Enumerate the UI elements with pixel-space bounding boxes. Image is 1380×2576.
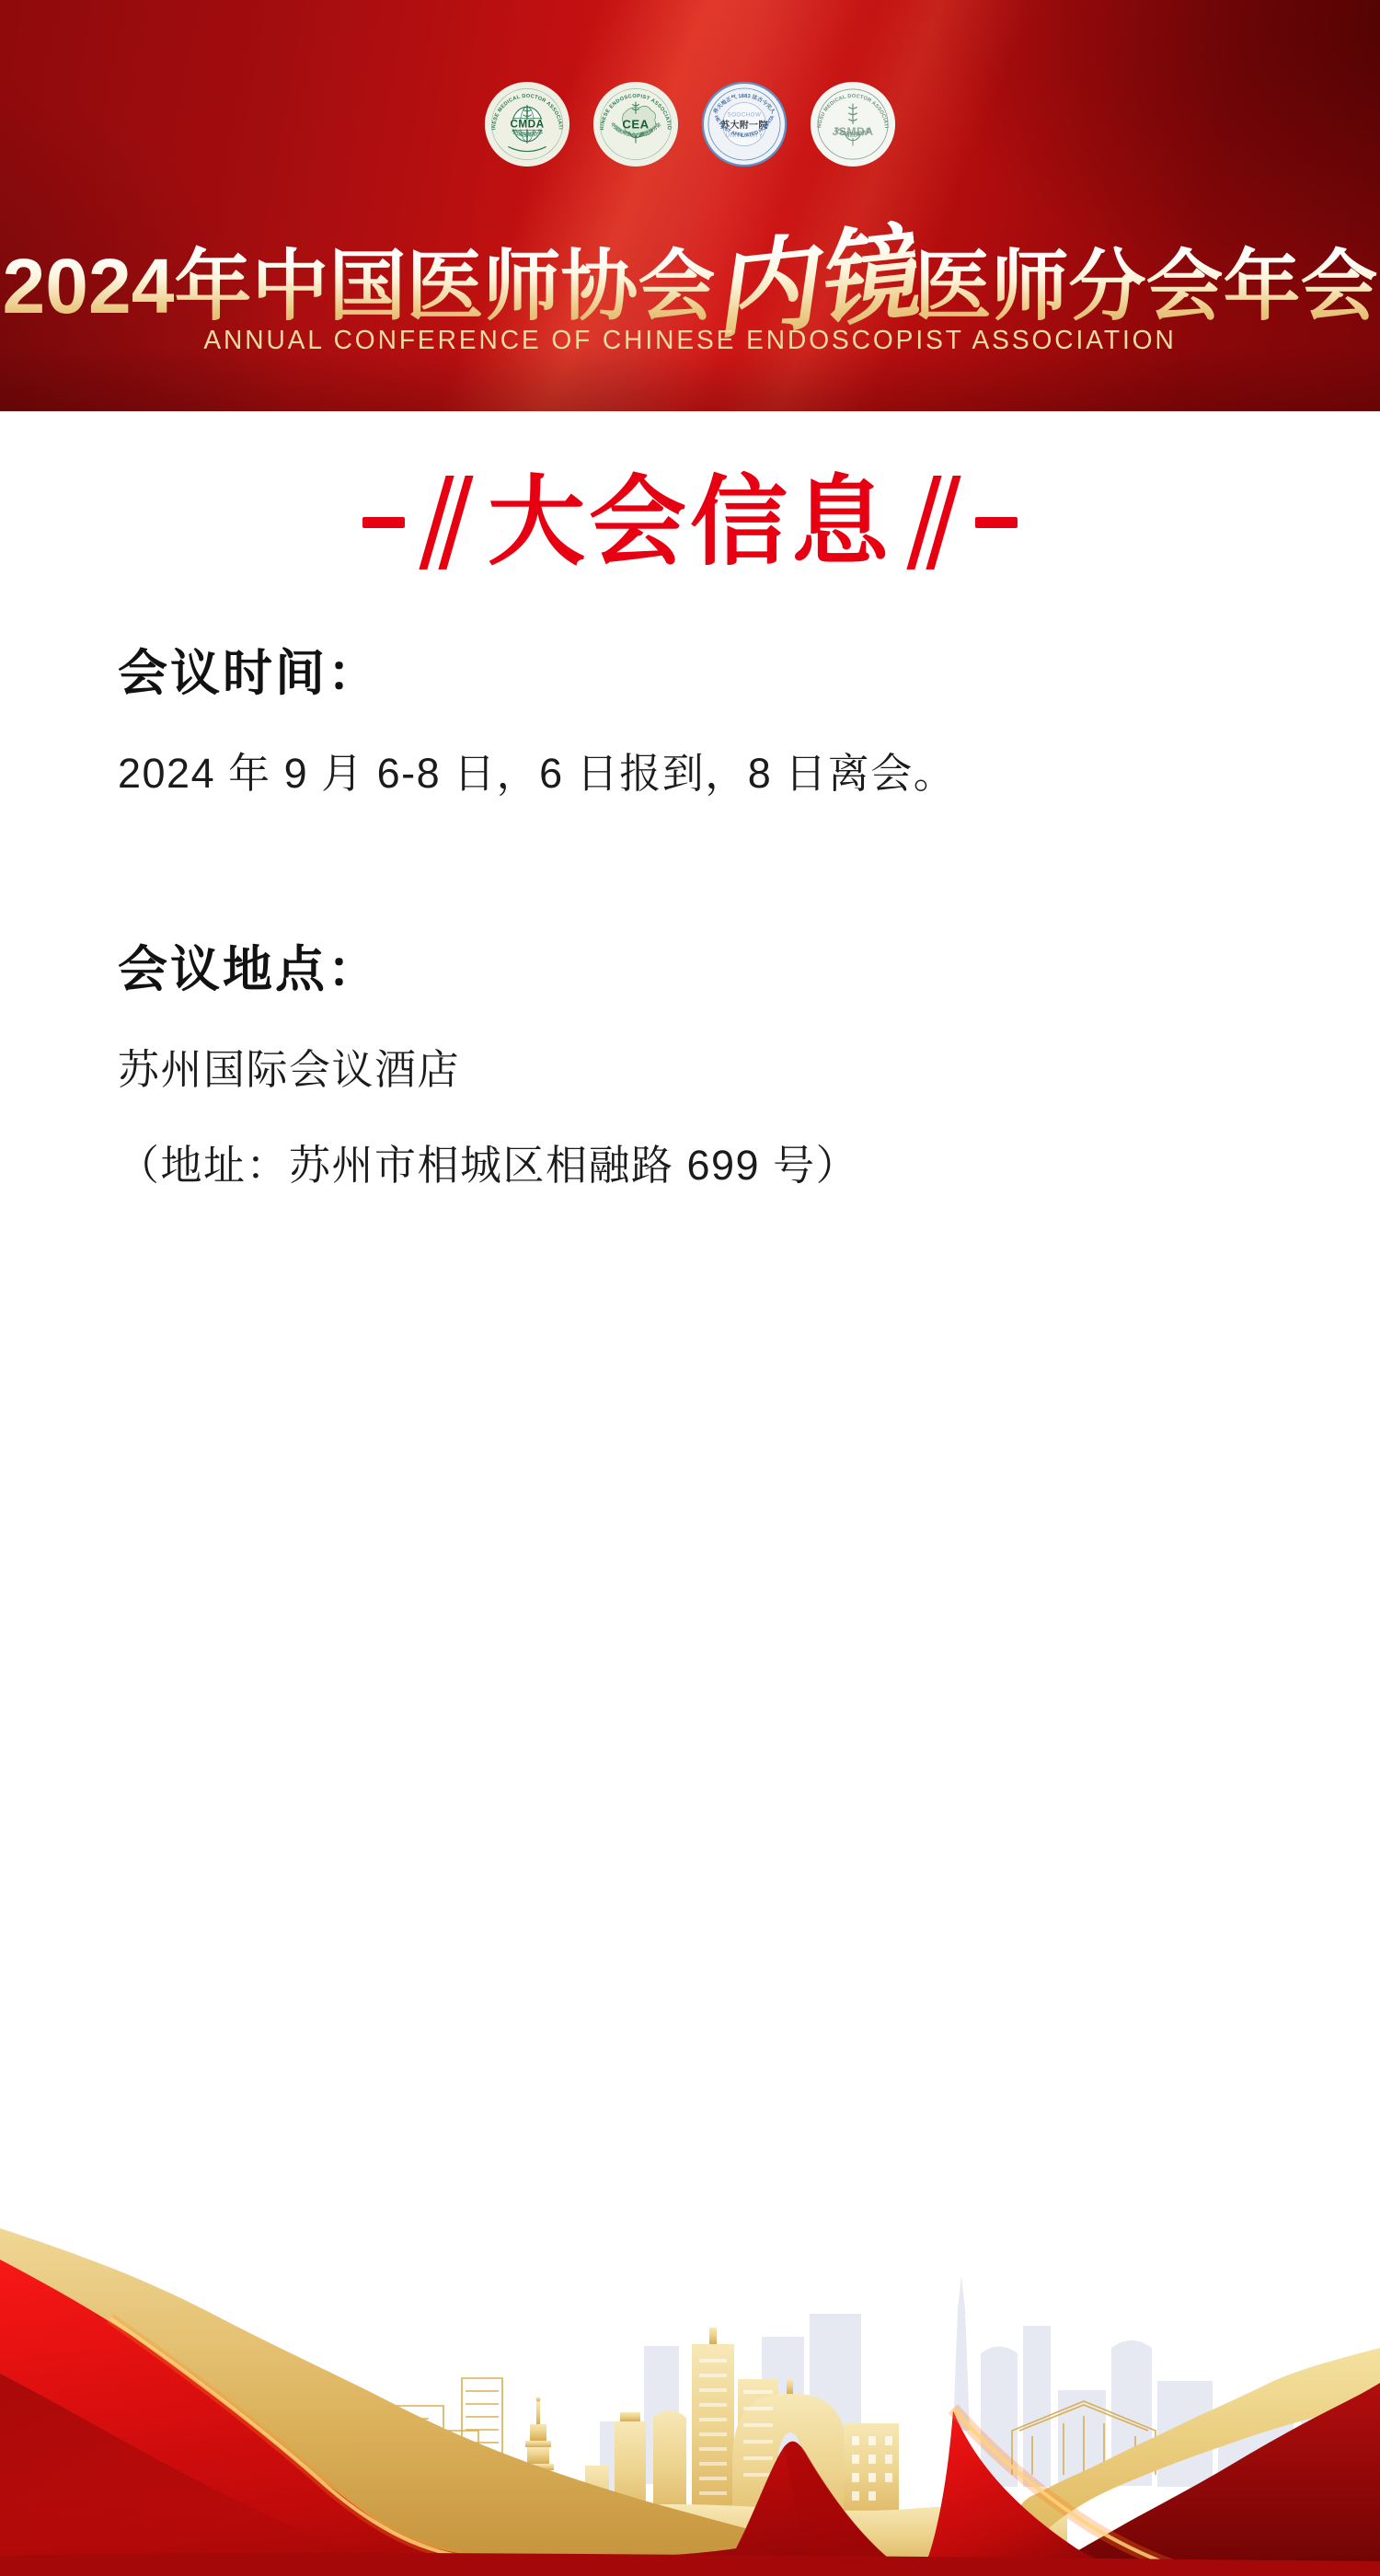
conference-poster: CHINESE MEDICAL DOCTOR ASSOCIATION CMDA … <box>0 0 1380 2576</box>
soochow-hospital-logo: 养天地正气 1883 法古今完人 SOOCHOW 苏大附一院 UNIVERSIT… <box>701 81 788 167</box>
section-header: 大会信息 <box>0 458 1380 587</box>
meeting-time-text: 2024 年 9 月 6-8 日，6 日报到，8 日离会。 <box>118 749 956 799</box>
cea-logo: CHINESE ENDOSCOPIST ASSOCIATION CEA 中国医师… <box>592 81 679 167</box>
title-part1: 年中国医师协会 <box>174 243 715 329</box>
title-year: 2024 <box>3 243 175 329</box>
meeting-place-heading: 会议地点： <box>118 940 380 1000</box>
right-slashes-decoration <box>906 476 960 569</box>
banner-subtitle: ANNUAL CONFERENCE OF CHINESE ENDOSCOPIST… <box>21 326 1360 356</box>
main-title: 2024年中国医师协会内镜医师分会年会 <box>0 219 1380 338</box>
right-dash-decoration <box>975 517 1018 528</box>
meeting-place-hotel: 苏州国际会议酒店 <box>118 1045 460 1095</box>
jsmda-logo: JIANGSU MEDICAL DOCTOR ASSOCIATION JSMDA… <box>810 81 896 167</box>
title-part2: 医师分会年会 <box>914 243 1377 329</box>
left-dash-decoration <box>362 517 405 528</box>
left-slashes-decoration <box>419 476 473 569</box>
cea-center-label: CEA <box>622 118 649 132</box>
section-title: 大会信息 <box>488 474 892 571</box>
banner: CHINESE MEDICAL DOCTOR ASSOCIATION CMDA … <box>0 0 1380 411</box>
soochow-center-top: SOOCHOW <box>728 112 762 119</box>
logo-row: CHINESE MEDICAL DOCTOR ASSOCIATION CMDA … <box>0 81 1380 167</box>
cmda-logo: CHINESE MEDICAL DOCTOR ASSOCIATION CMDA … <box>484 81 570 167</box>
bottom-decoration <box>0 2190 1380 2576</box>
meeting-place-address: （地址：苏州市相城区相融路 699 号） <box>118 1141 858 1190</box>
cmda-center-label: CMDA <box>510 118 544 130</box>
meeting-time-heading: 会议时间： <box>118 644 380 704</box>
